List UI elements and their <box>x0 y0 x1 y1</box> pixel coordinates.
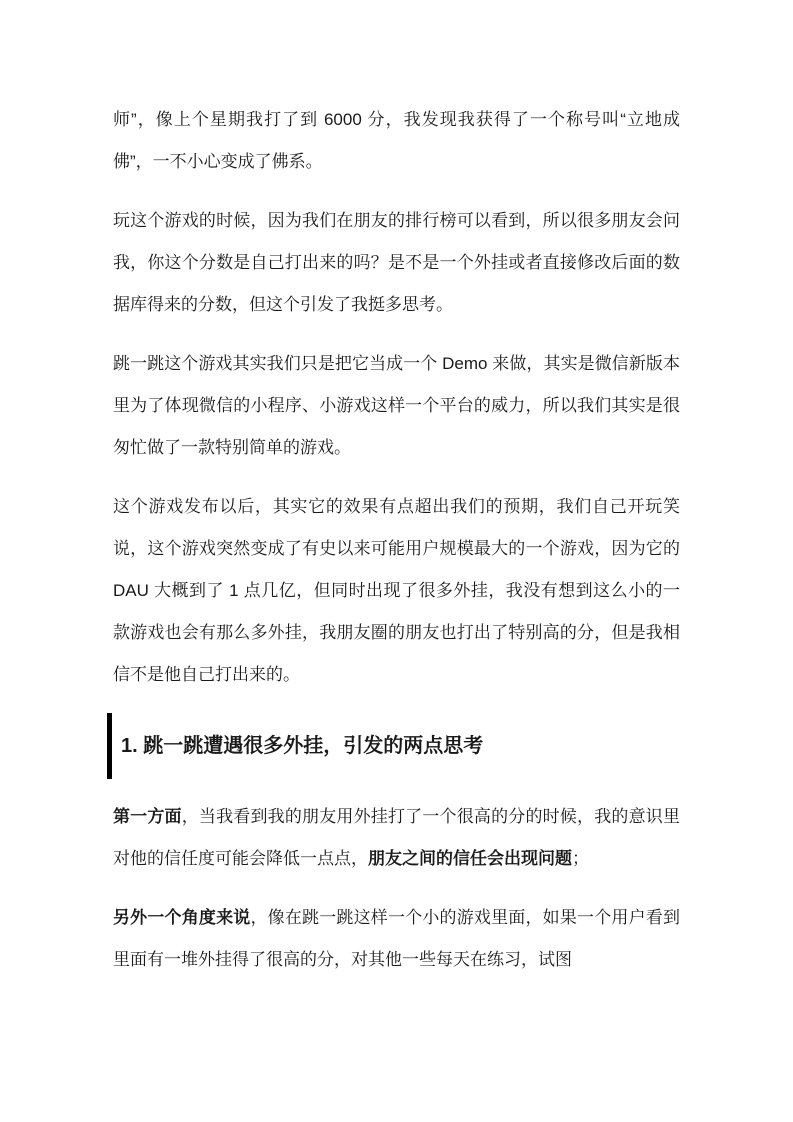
paragraph-6-bold-lead: 另外一个角度来说 <box>113 908 251 927</box>
document-page: 师”，像上个星期我打了到 6000 分，我发现我获得了一个称号叫“立地成佛”，一… <box>0 0 793 1122</box>
section-heading: 1. 跳一跳遭遇很多外挂，引发的两点思考 <box>107 713 680 779</box>
paragraph-5-end-punctuation: ； <box>572 849 589 868</box>
paragraph-5-bold-tail: 朋友之间的信任会出现问题 <box>368 849 572 868</box>
paragraph-4: 这个游戏发布以后，其实它的效果有点超出我们的预期，我们自己开玩笑说，这个游戏突然… <box>113 486 680 696</box>
paragraph-3: 跳一跳这个游戏其实我们只是把它当成一个 Demo 来做，其实是微信新版本里为了体… <box>113 343 680 469</box>
paragraph-2: 玩这个游戏的时候，因为我们在朋友的排行榜可以看到，所以很多朋友会问我，你这个分数… <box>113 200 680 326</box>
paragraph-5-bold-lead: 第一方面 <box>113 807 182 826</box>
paragraph-5: 第一方面，当我看到我的朋友用外挂打了一个很高的分的时候，我的意识里对他的信任度可… <box>113 796 680 880</box>
section-heading-text: 1. 跳一跳遭遇很多外挂，引发的两点思考 <box>121 735 483 757</box>
paragraph-6: 另外一个角度来说，像在跳一跳这样一个小的游戏里面，如果一个用户看到里面有一堆外挂… <box>113 897 680 981</box>
paragraph-1: 师”，像上个星期我打了到 6000 分，我发现我获得了一个称号叫“立地成佛”，一… <box>113 99 680 183</box>
heading-accent-bar <box>107 713 112 779</box>
